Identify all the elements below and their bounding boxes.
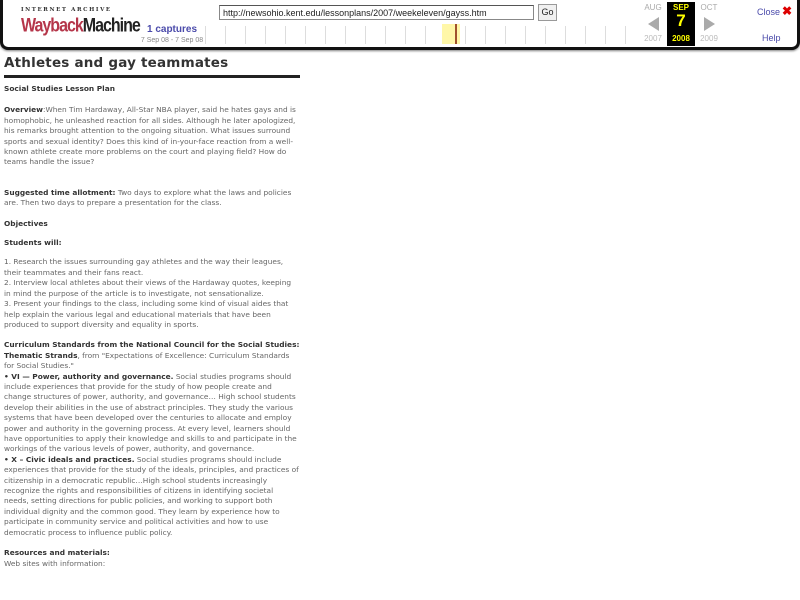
- calendar-prev: AUG 2007: [639, 2, 667, 46]
- prev-month-label: AUG: [639, 3, 667, 12]
- timeline-capture-marker[interactable]: [455, 24, 457, 44]
- title-divider: [4, 75, 300, 78]
- wayback-toolbar: INTERNET ARCHIVE WaybackMachine http://n…: [0, 0, 800, 50]
- strand-vi-text: Social studies programs should include e…: [4, 372, 297, 454]
- timeline-tick: [525, 26, 526, 44]
- next-month-label: OCT: [695, 3, 723, 12]
- lesson-plan-content: Athletes and gay teammates Social Studie…: [4, 55, 300, 570]
- timeline-tick: [205, 26, 206, 44]
- current-year-label: 2008: [667, 34, 695, 43]
- timeline-tick: [505, 26, 506, 44]
- wayback-machine-wordmark: WaybackMachine: [21, 16, 103, 38]
- timeline-tick: [265, 26, 266, 44]
- next-year-label: 2009: [695, 34, 723, 43]
- help-link[interactable]: Help: [762, 33, 781, 43]
- close-icon: ✖: [782, 4, 792, 18]
- resources-heading: Resources and materials:: [4, 548, 300, 558]
- resources-partial-text: Web sites with information:: [4, 559, 300, 569]
- close-label: Close: [757, 7, 780, 17]
- timeline-tick: [465, 26, 466, 44]
- capture-timeline[interactable]: [205, 24, 637, 44]
- wayback-logo[interactable]: INTERNET ARCHIVE WaybackMachine: [21, 7, 103, 41]
- timeline-tick: [585, 26, 586, 44]
- timeline-tick: [345, 26, 346, 44]
- timeline-tick: [305, 26, 306, 44]
- timeline-tick: [365, 26, 366, 44]
- timeline-tick: [245, 26, 246, 44]
- standards-intro: Curriculum Standards from the National C…: [4, 340, 300, 371]
- timeline-tick: [605, 26, 606, 44]
- timeline-tick: [485, 26, 486, 44]
- timeline-tick: [225, 26, 226, 44]
- objective-item: 1. Research the issues surrounding gay a…: [4, 257, 300, 278]
- timeline-tick: [325, 26, 326, 44]
- captures-summary: 1 captures 7 Sep 08 - 7 Sep 08: [137, 24, 207, 44]
- strand-x-label: • X – Civic ideals and practices.: [4, 455, 135, 464]
- objectives-heading: Objectives: [4, 219, 300, 229]
- timeline-tick: [405, 26, 406, 44]
- strand-vi: • VI — Power, authority and governance. …: [4, 372, 300, 455]
- captures-date-range: 7 Sep 08 - 7 Sep 08: [137, 37, 207, 44]
- captures-count-link[interactable]: 1 captures: [137, 24, 207, 35]
- time-allotment-label: Suggested time allotment:: [4, 188, 115, 197]
- timeline-tick: [285, 26, 286, 44]
- objective-item: 3. Present your findings to the class, i…: [4, 299, 300, 330]
- strand-vi-label: • VI — Power, authority and governance.: [4, 372, 173, 381]
- curriculum-standards-section: Curriculum Standards from the National C…: [4, 340, 300, 538]
- timeline-tick: [625, 26, 626, 44]
- calendar-next: OCT 2009: [695, 2, 723, 46]
- current-day-label: 7: [667, 12, 695, 30]
- prev-year-label: 2007: [639, 34, 667, 43]
- internet-archive-label: INTERNET ARCHIVE: [21, 7, 103, 13]
- overview-label: Overview: [4, 105, 43, 114]
- go-button[interactable]: Go: [538, 4, 557, 21]
- calendar-current: SEP 7 2008: [667, 2, 695, 46]
- timeline-tick: [385, 26, 386, 44]
- url-input[interactable]: http://newsohio.kent.edu/lessonplans/200…: [219, 5, 534, 20]
- overview-paragraph: Overview:When Tim Hardaway, All-Star NBA…: [4, 105, 300, 167]
- timeline-tick: [565, 26, 566, 44]
- next-capture-arrow-icon[interactable]: [704, 17, 715, 31]
- overview-text: :When Tim Hardaway, All-Star NBA player,…: [4, 105, 296, 166]
- page-title: Athletes and gay teammates: [4, 55, 300, 71]
- close-button[interactable]: Close✖: [757, 4, 792, 18]
- time-allotment-paragraph: Suggested time allotment: Two days to ex…: [4, 188, 300, 209]
- objectives-list: 1. Research the issues surrounding gay a…: [4, 257, 300, 330]
- strand-x: • X – Civic ideals and practices. Social…: [4, 455, 300, 538]
- prev-capture-arrow-icon[interactable]: [648, 17, 659, 31]
- students-will-heading: Students will:: [4, 238, 300, 248]
- lesson-plan-subtitle: Social Studies Lesson Plan: [4, 84, 300, 94]
- timeline-tick: [425, 26, 426, 44]
- strand-x-text: Social studies programs should include e…: [4, 455, 299, 537]
- timeline-tick: [545, 26, 546, 44]
- objective-item: 2. Interview local athletes about their …: [4, 278, 300, 299]
- capture-calendar: AUG 2007 SEP 7 2008 OCT 2009: [639, 2, 729, 46]
- timeline-current-year-highlight: [442, 24, 460, 44]
